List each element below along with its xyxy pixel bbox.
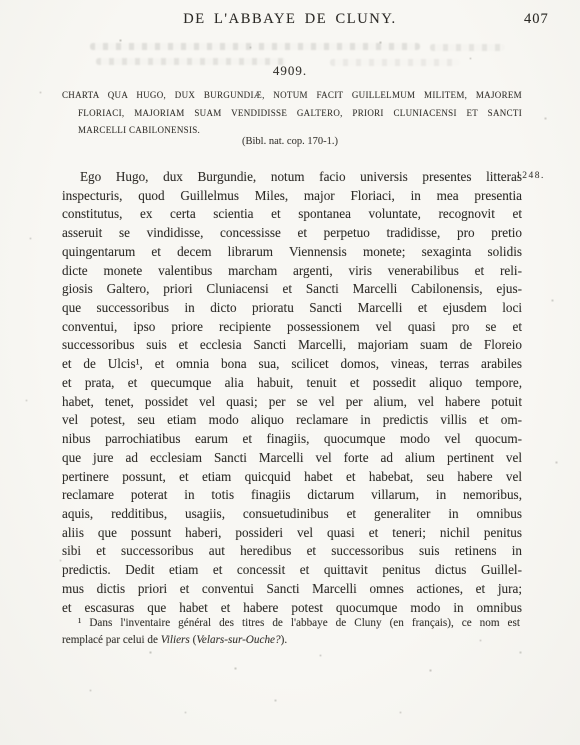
footnote-text: ).	[281, 634, 288, 646]
body-line: habet, tenet, possidet vel quasi; per se…	[62, 393, 522, 412]
body-line: aliis que possunt haberi, possideri vel …	[62, 524, 522, 543]
body-line: asseruit se vindidisse, concessisse et p…	[62, 224, 522, 243]
body-line: pertinere possunt, et etiam quicquid hab…	[62, 468, 522, 487]
body-line: mus dictis priori et conventui Sancti Ma…	[62, 580, 522, 599]
body-line: et de Ulcis¹, et omnia bona sua, scilice…	[62, 355, 522, 374]
body-line: constitutus, ex certa scientia et sponta…	[62, 205, 522, 224]
footnote-line: remplacé par celui de Viliers (Velars-su…	[62, 632, 520, 649]
charter-heading-line: FLORIACI, MAJORIAM SUAM VENDIDISSE GALTE…	[62, 105, 522, 123]
body-line: dicte monete valentibus marcham argenti,…	[62, 262, 522, 281]
charter-heading-line: CHARTA QUA HUGO, DUX BURGUNDIÆ, NOTUM FA…	[62, 87, 522, 105]
bleed-through-smudge	[430, 44, 505, 51]
body-line: predictis. Dedit etiam et concessit et q…	[62, 561, 522, 580]
body-line: que successoribus in dicto prioratu Sanc…	[62, 299, 522, 318]
body-line: inspecturis, quod Guillelmus Miles, majo…	[62, 187, 522, 206]
running-head-title: DE L'ABBAYE DE CLUNY.	[0, 11, 580, 28]
body-line: vel potest, seu etiam modo aliquo reclam…	[62, 411, 522, 430]
body-line: aquis, redditibus, usagiis, consuetudini…	[62, 505, 522, 524]
body-line: reclamare poterat in totis finagiis dict…	[62, 486, 522, 505]
body-line: successoribus suis et ecclesia Sancti Ma…	[62, 336, 522, 355]
charter-body: Ego Hugo, dux Burgundie, notum facio uni…	[62, 168, 522, 617]
charter-number: 4909.	[0, 63, 580, 79]
page-number: 407	[524, 11, 549, 28]
source-citation: (Bibl. nat. cop. 170-1.)	[0, 136, 580, 147]
charter-heading: CHARTA QUA HUGO, DUX BURGUNDIÆ, NOTUM FA…	[62, 87, 522, 140]
bleed-through-smudge	[90, 43, 420, 50]
body-line: Ego Hugo, dux Burgundie, notum facio uni…	[62, 168, 522, 187]
body-line: quingentarum et decem librarum Viennensi…	[62, 243, 522, 262]
footnote-place-name: Viliers	[161, 634, 190, 646]
body-line: nibus parrochiatibus earum et finagiis, …	[62, 430, 522, 449]
book-page: DE L'ABBAYE DE CLUNY. 407 4909. CHARTA Q…	[0, 0, 580, 745]
body-line: que jure ad ecclesiam Sancti Marcelli ve…	[62, 449, 522, 468]
body-line: giosis Galtero, priori Cluniacensi et Sa…	[62, 280, 522, 299]
footnote-place-name: Velars-sur-Ouche?	[196, 634, 280, 646]
footnote-text: remplacé par celui de	[62, 634, 161, 646]
footnote: ¹ Dans l'inventaire général des titres d…	[62, 615, 520, 649]
scan-noise-specks	[0, 0, 1, 1]
body-line: sibi et successoribus aut heredibus et s…	[62, 542, 522, 561]
body-line: et prata, et quecumque alia habuit, tenu…	[62, 374, 522, 393]
footnote-line: ¹ Dans l'inventaire général des titres d…	[62, 615, 520, 632]
body-line: conventui, ipso priore recipiente posses…	[62, 318, 522, 337]
